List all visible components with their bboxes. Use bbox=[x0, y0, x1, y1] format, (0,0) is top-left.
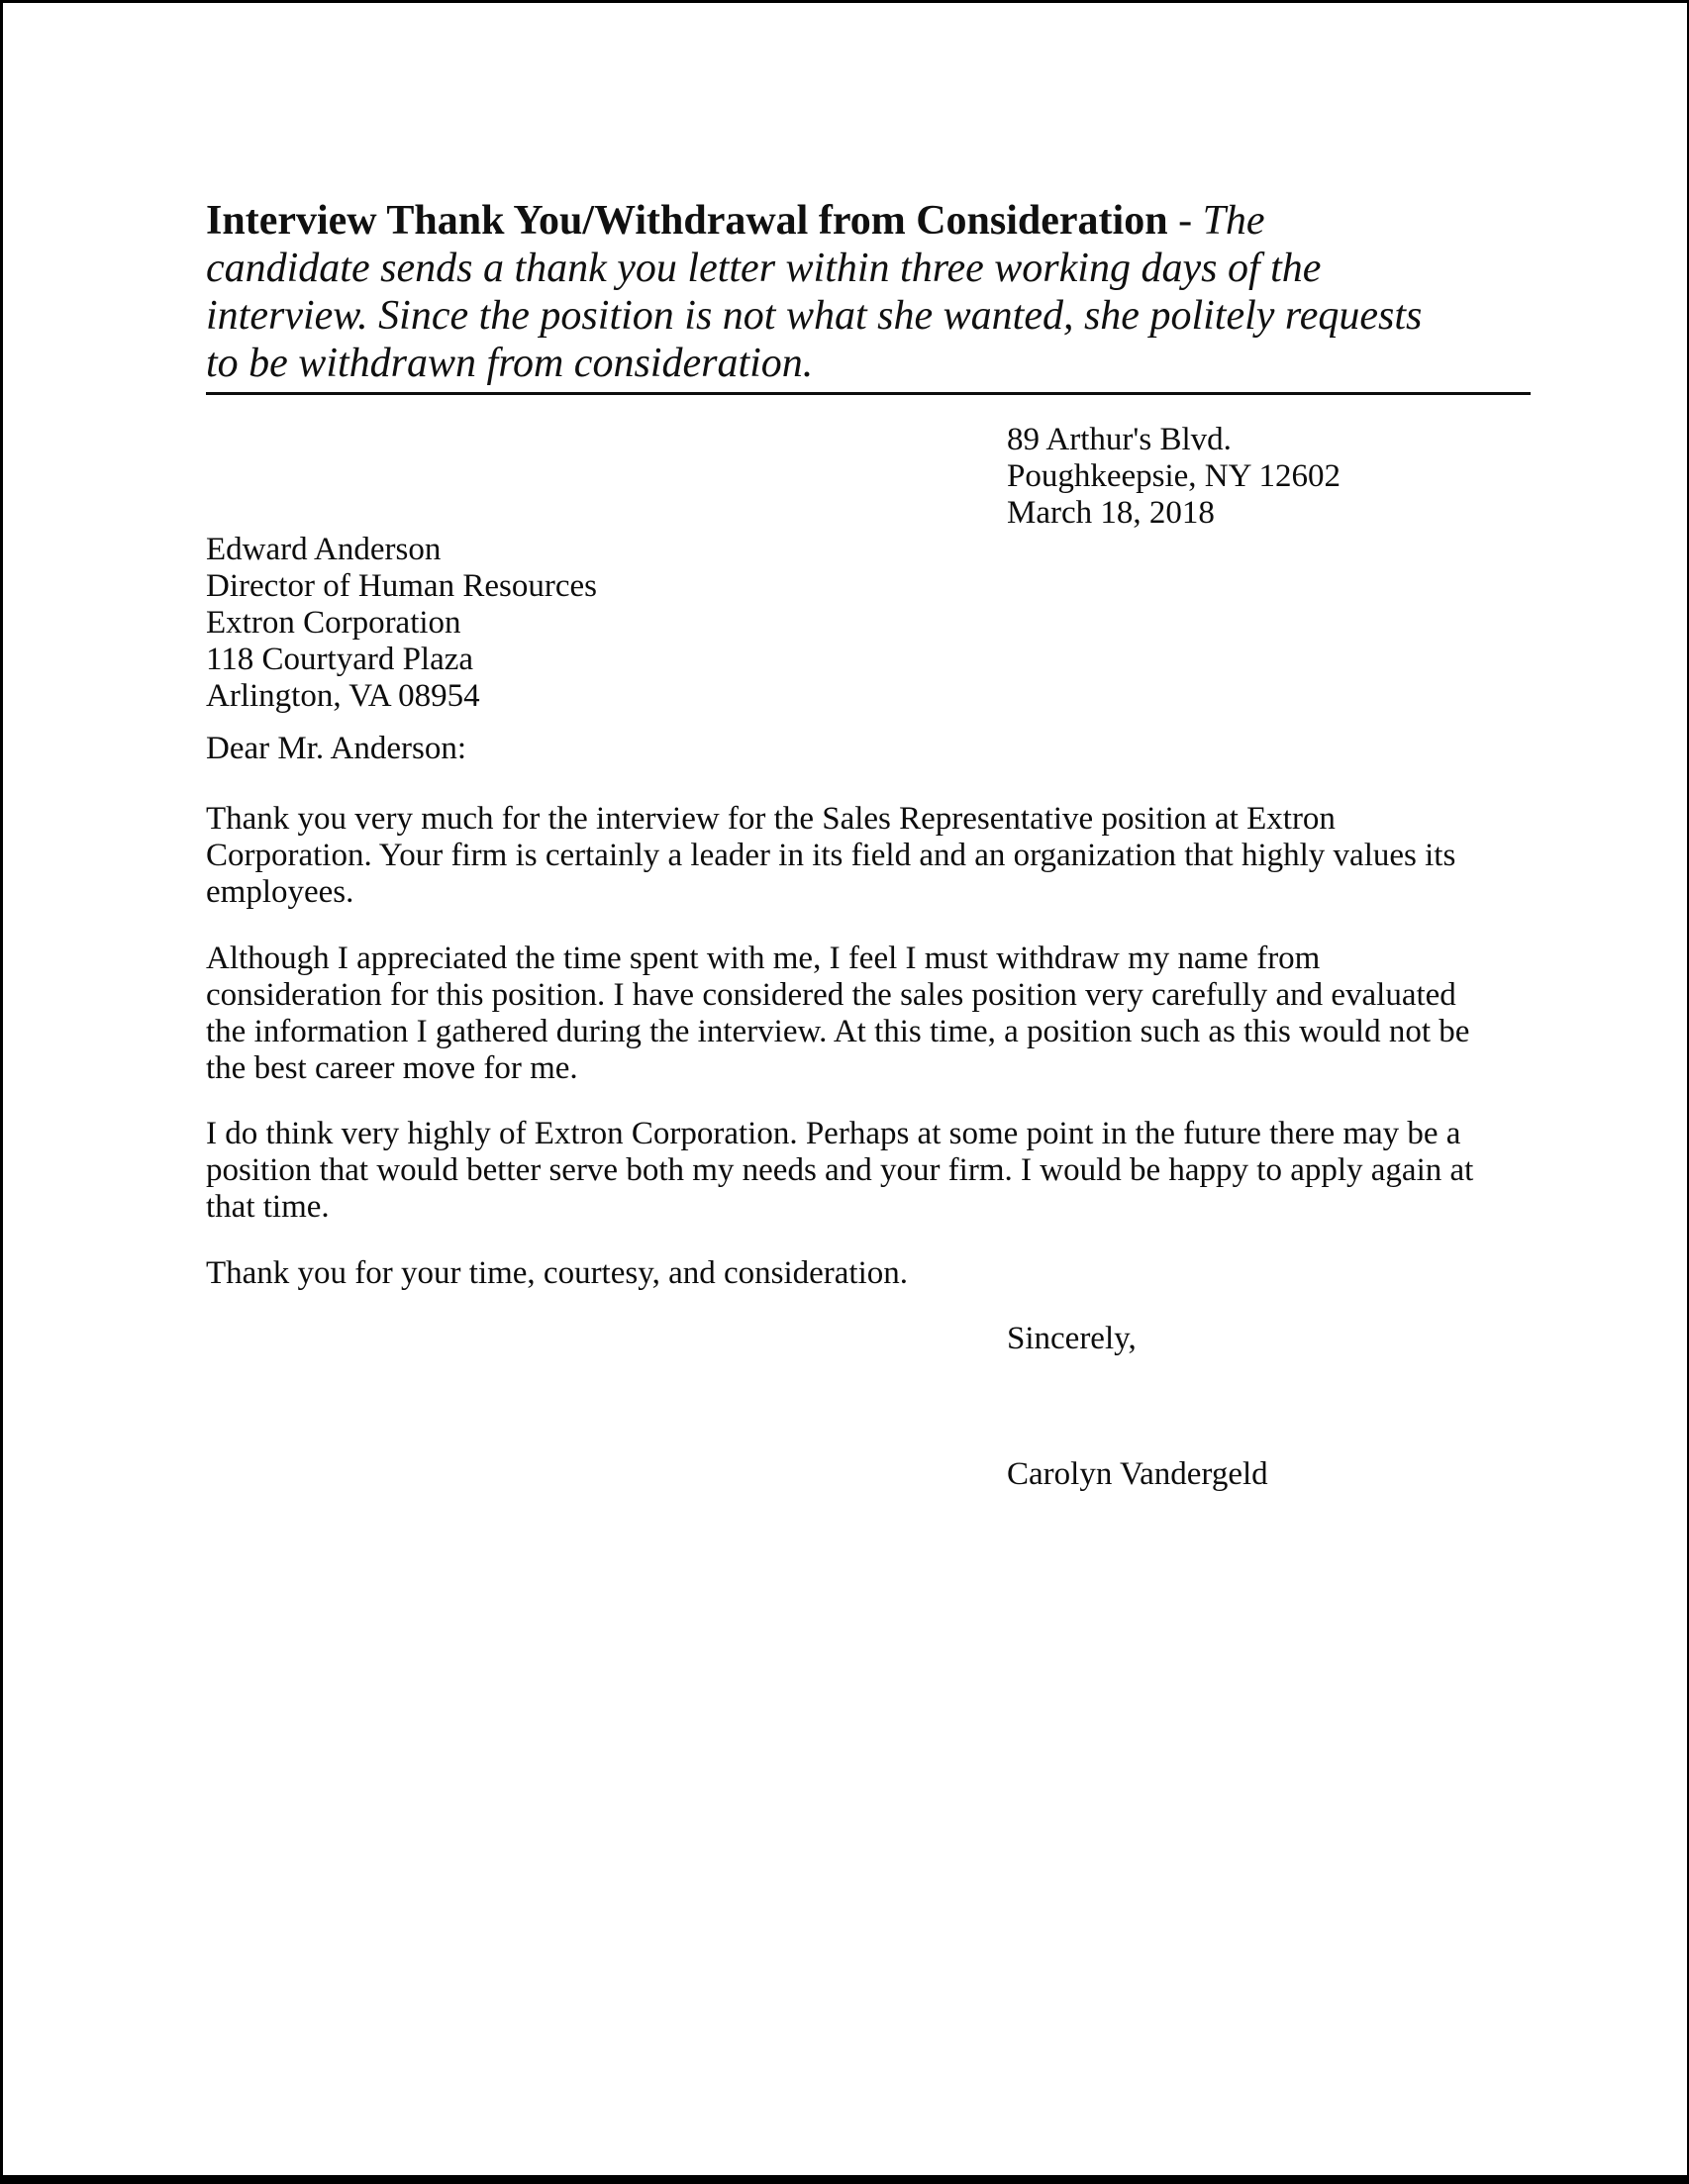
recipient-company: Extron Corporation bbox=[206, 605, 597, 642]
sender-street: 89 Arthur's Blvd. bbox=[1007, 422, 1341, 458]
recipient-title: Director of Human Resources bbox=[206, 568, 597, 605]
title-line-3: interview. Since the position is not wha… bbox=[206, 292, 1531, 340]
title-line-4: to be withdrawn from consideration. bbox=[206, 340, 1531, 387]
recipient-city-state-zip: Arlington, VA 08954 bbox=[206, 678, 597, 715]
recipient-street: 118 Courtyard Plaza bbox=[206, 642, 597, 678]
title-line-1: Interview Thank You/Withdrawal from Cons… bbox=[206, 197, 1531, 245]
title-line-2: candidate sends a thank you letter withi… bbox=[206, 245, 1531, 292]
body-paragraph-1: Thank you very much for the interview fo… bbox=[206, 801, 1485, 911]
recipient-name: Edward Anderson bbox=[206, 532, 597, 568]
letter-page: Interview Thank You/Withdrawal from Cons… bbox=[0, 0, 1689, 2184]
recipient-address-block: Edward Anderson Director of Human Resour… bbox=[206, 532, 597, 715]
title-bold-text: Interview Thank You/Withdrawal from Cons… bbox=[206, 198, 1168, 244]
salutation: Dear Mr. Anderson: bbox=[206, 731, 1485, 767]
letter-date: March 18, 2018 bbox=[1007, 495, 1341, 532]
document-title: Interview Thank You/Withdrawal from Cons… bbox=[206, 197, 1531, 395]
body-paragraph-3: I do think very highly of Extron Corpora… bbox=[206, 1116, 1485, 1226]
title-italic-text: The bbox=[1203, 198, 1265, 244]
sender-city-state-zip: Poughkeepsie, NY 12602 bbox=[1007, 458, 1341, 495]
closing-salutation: Sincerely, bbox=[1007, 1321, 1137, 1357]
body-paragraph-4: Thank you for your time, courtesy, and c… bbox=[206, 1255, 1485, 1292]
signature-name: Carolyn Vandergeld bbox=[1007, 1456, 1268, 1493]
title-separator: - bbox=[1168, 198, 1203, 244]
body-paragraph-2: Although I appreciated the time spent wi… bbox=[206, 941, 1485, 1087]
sender-address-block: 89 Arthur's Blvd. Poughkeepsie, NY 12602… bbox=[1007, 422, 1341, 532]
